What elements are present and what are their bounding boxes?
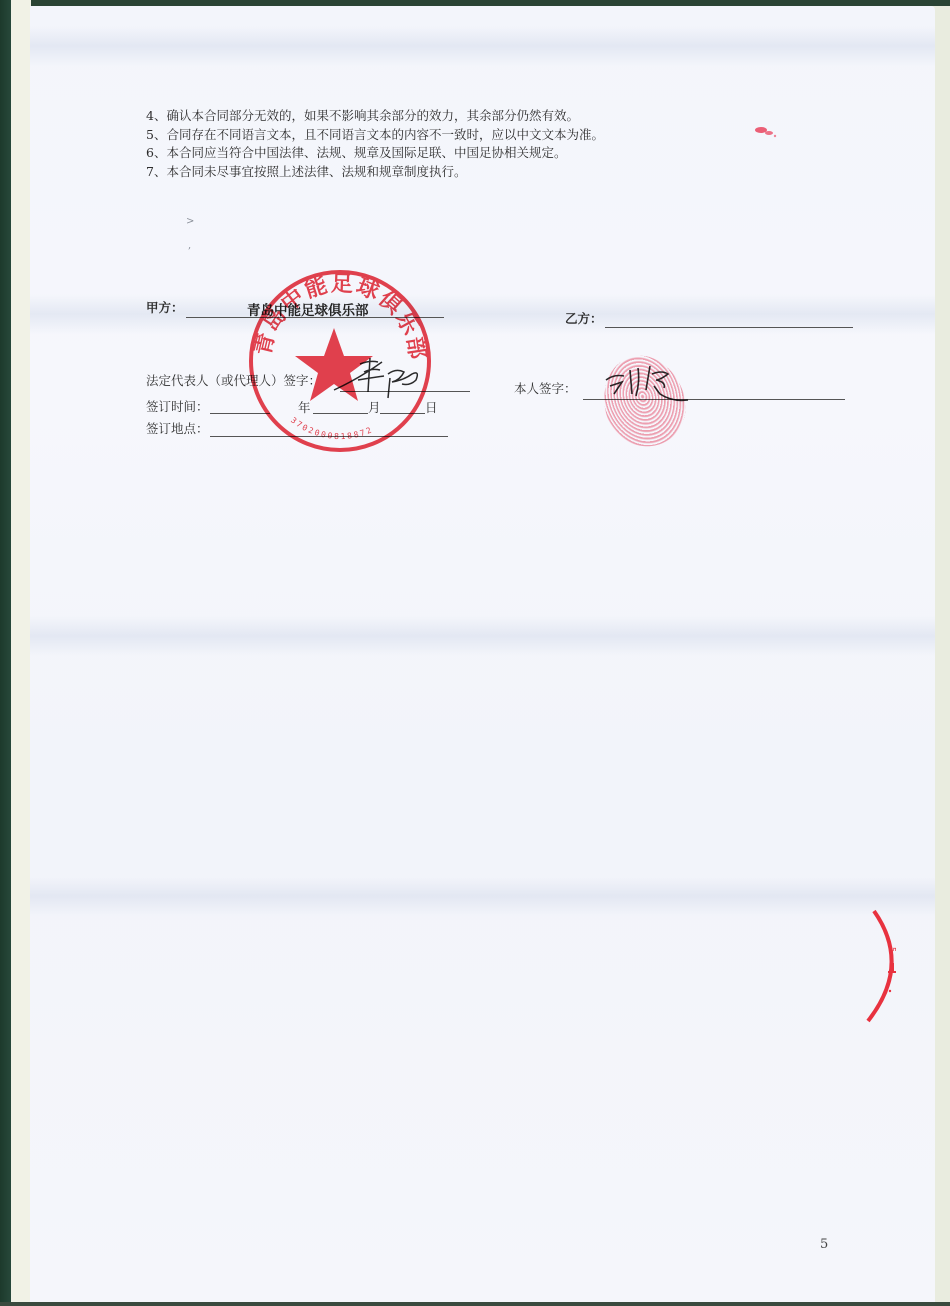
- contract-page: [30, 6, 935, 1302]
- svg-text:5: 5: [888, 947, 897, 952]
- scan-artifact: ,: [188, 240, 191, 251]
- paper-crease: [30, 26, 935, 66]
- clause-5: 5、合同存在不同语言文本，且不同语言文本的内容不一致时，应以中文文本为准。: [146, 126, 604, 145]
- edge-seal-partial: 5: [860, 905, 920, 1025]
- party-b-sign-label: 本人签字：: [514, 379, 577, 397]
- seal-number: 3702000818872: [289, 416, 375, 441]
- contract-clauses: 4、确认本合同部分无效的，如果不影响其余部分的效力，其余部分仍然有效。 5、合同…: [146, 107, 604, 181]
- party-b-line: [605, 327, 853, 328]
- page-number: 5: [820, 1237, 828, 1252]
- clause-6: 6、本合同应当符合中国法律、法规、规章及国际足联、中国足协相关规定。: [146, 144, 604, 163]
- party-a-signature: [330, 350, 440, 410]
- scan-margin-strip: [11, 0, 31, 1306]
- paper-crease: [30, 876, 935, 916]
- paper-crease: [30, 616, 935, 656]
- party-b-label: 乙方：: [565, 309, 603, 327]
- clause-4: 4、确认本合同部分无效的，如果不影响其余部分的效力，其余部分仍然有效。: [146, 107, 604, 126]
- scan-border-left: [0, 0, 11, 1306]
- scan-artifact: >: [186, 216, 194, 227]
- party-a-date-label: 签订时间：: [146, 397, 209, 415]
- svg-text:3702000818872: 3702000818872: [289, 416, 375, 441]
- party-b-signature: [600, 360, 700, 410]
- scan-border-bottom: [0, 1302, 950, 1306]
- clause-7: 7、本合同未尽事宜按照上述法律、法规和规章制度执行。: [146, 163, 604, 182]
- party-a-label: 甲方：: [146, 298, 184, 316]
- red-ink-smudge: [745, 122, 785, 142]
- party-a-place-label: 签订地点：: [146, 419, 209, 437]
